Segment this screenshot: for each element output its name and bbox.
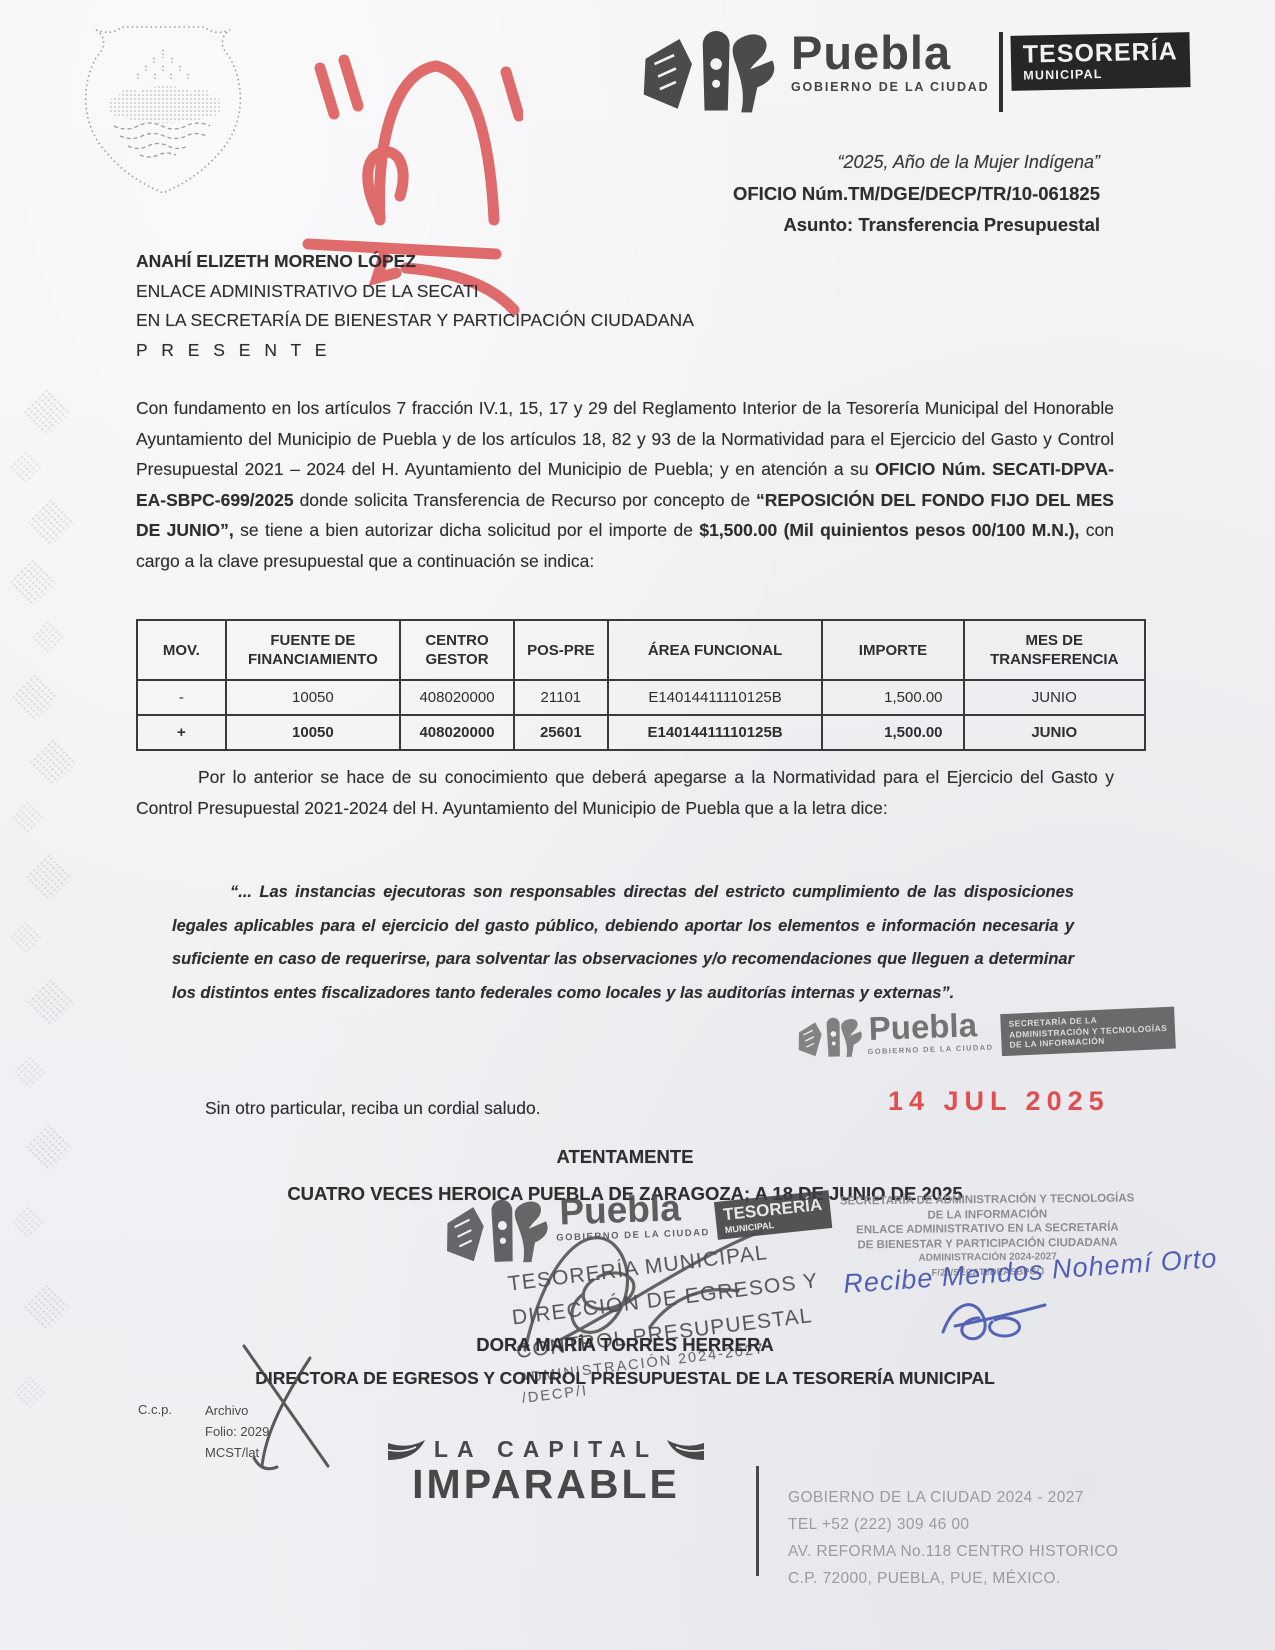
brand-wordmark: Puebla — [791, 30, 989, 76]
sati-brand: Puebla — [868, 1010, 993, 1044]
city-crest-watermark-icon — [66, 22, 261, 200]
p1-importe: $1,500.00 (Mil quinientos pesos 00/100 M… — [699, 520, 1079, 540]
tesoreria-badge: TESORERÍA MUNICIPAL — [1011, 32, 1191, 91]
body-paragraph-2: Por lo anterior se hace de su conocimien… — [136, 762, 1114, 823]
table-cell: JUNIO — [964, 680, 1145, 715]
table-cell: + — [137, 715, 226, 750]
scan-artifact — [23, 1283, 71, 1331]
recipient-line: EN LA SECRETARÍA DE BIENESTAR Y PARTICIP… — [136, 306, 694, 336]
table-header-cell: CENTRO GESTOR — [400, 620, 514, 680]
table-cell: 408020000 — [400, 680, 514, 715]
sati-stamp-badge: SECRETARÍA DE LA ADMINISTRACIÓN Y TECNOL… — [1000, 1007, 1176, 1056]
table-header-cell: MES DE TRANSFERENCIA — [964, 620, 1145, 680]
closing-line: Sin otro particular, reciba un cordial s… — [205, 1098, 541, 1119]
scan-artifact — [29, 738, 77, 786]
badge-line2: MUNICIPAL — [1024, 65, 1179, 82]
table-cell: 21101 — [514, 680, 608, 715]
scan-artifact — [23, 388, 71, 436]
scan-artifact — [31, 620, 65, 654]
scan-artifact — [9, 450, 43, 484]
table-header-cell: ÁREA FUNCIONAL — [608, 620, 823, 680]
ccp-label: C.c.p. — [138, 1402, 172, 1417]
normative-quote: “... Las instancias ejecutoras son respo… — [172, 876, 1074, 1010]
table-cell: 408020000 — [400, 715, 514, 750]
puebla-gov-logo: Puebla GOBIERNO DE LA CIUDAD TESORERÍA M… — [633, 28, 1190, 118]
recipient-name: ANAHÍ ELIZETH MORENO LÓPEZ — [136, 247, 694, 277]
date-received-stamp: 14 JUL 2025 — [888, 1086, 1110, 1117]
table-cell: 1,500.00 — [822, 715, 963, 750]
table-cell: 1,500.00 — [822, 680, 963, 715]
recipient-presente: P R E S E N T E — [136, 336, 694, 366]
badge-line1: TESORERÍA — [1023, 39, 1178, 67]
capital-line2: IMPARABLE — [378, 1463, 714, 1505]
table-cell: JUNIO — [964, 715, 1145, 750]
year-motto: “2025, Año de la Mujer Indígena” — [500, 152, 1100, 173]
scan-artifact — [11, 800, 45, 834]
table-header-cell: MOV. — [137, 620, 226, 680]
sati-stamp: Puebla GOBIERNO DE LA CIUDAD SECRETARÍA … — [792, 1003, 1175, 1062]
puebla-logo-icon — [633, 28, 785, 118]
table-header-row: MOV. FUENTE DE FINANCIAMIENTO CENTRO GES… — [137, 620, 1145, 680]
check-mark-scribble — [212, 1336, 357, 1481]
p1-text: donde solicita Transferencia de Recurso … — [294, 490, 756, 510]
scan-artifact — [11, 1205, 45, 1239]
scanned-letter-page: "A" Puebla GOBIERNO DE LA CIUDAD TESORER… — [0, 0, 1275, 1650]
puebla-brand-block: Puebla GOBIERNO DE LA CIUDAD — [791, 30, 989, 94]
table-cell: E14014411110125B — [608, 680, 823, 715]
table-cell: 10050 — [226, 680, 400, 715]
footer-divider — [756, 1466, 759, 1576]
footer-contact-line: C.P. 72000, PUEBLA, PUE, MÉXICO. — [788, 1565, 1118, 1592]
capital-row: LA CAPITAL — [378, 1436, 714, 1463]
sati-stamp-logo-icon — [792, 1014, 868, 1063]
scan-artifact — [11, 673, 59, 721]
footer-contact-line: AV. REFORMA No.118 CENTRO HISTORICO — [788, 1538, 1118, 1565]
atentamente-line: ATENTAMENTE — [136, 1146, 1114, 1168]
table-row: - 10050 408020000 21101 E14014411110125B… — [137, 680, 1145, 715]
capital-line1: LA CAPITAL — [434, 1436, 658, 1463]
scan-artifact — [13, 1375, 47, 1409]
sati-brand-block: Puebla GOBIERNO DE LA CIUDAD — [866, 1010, 993, 1056]
brand-subtitle: GOBIERNO DE LA CIUDAD — [791, 80, 989, 94]
scan-artifact — [27, 498, 75, 546]
table-cell: 10050 — [226, 715, 400, 750]
scan-artifact — [9, 558, 57, 606]
scan-artifact — [13, 1055, 47, 1089]
footer-contact-line: GOBIERNO DE LA CIUDAD 2024 - 2027 — [788, 1484, 1118, 1511]
logo-divider — [999, 32, 1003, 112]
table-row: + 10050 408020000 25601 E14014411110125B… — [137, 715, 1145, 750]
scan-artifact — [25, 853, 73, 901]
table-header-cell: FUENTE DE FINANCIAMIENTO — [226, 620, 400, 680]
budget-table: MOV. FUENTE DE FINANCIAMIENTO CENTRO GES… — [136, 619, 1146, 751]
asunto-line: Asunto: Transferencia Presupuestal — [500, 214, 1100, 236]
table-header-cell: POS-PRE — [514, 620, 608, 680]
table-header-cell: IMPORTE — [822, 620, 963, 680]
wing-left-icon — [386, 1438, 426, 1462]
scan-artifact — [9, 920, 43, 954]
footer-contact-line: TEL +52 (222) 309 46 00 — [788, 1511, 1118, 1538]
recipient-line: ENLACE ADMINISTRATIVO DE LA SECATI — [136, 277, 694, 307]
p1-text: se tiene a bien autorizar dicha solicitu… — [234, 520, 700, 540]
table-cell: 25601 — [514, 715, 608, 750]
oficio-number: OFICIO Núm.TM/DGE/DECP/TR/10-061825 — [500, 183, 1100, 205]
recipient-block: ANAHÍ ELIZETH MORENO LÓPEZ ENLACE ADMINI… — [136, 247, 694, 365]
wing-right-icon — [666, 1438, 706, 1462]
scan-artifact — [25, 1123, 73, 1171]
table-cell: - — [137, 680, 226, 715]
scan-artifact — [27, 978, 75, 1026]
table-cell: E14014411110125B — [608, 715, 823, 750]
capital-imparable-logo: LA CAPITAL IMPARABLE — [378, 1436, 714, 1505]
footer-contact-block: GOBIERNO DE LA CIUDAD 2024 - 2027 TEL +5… — [788, 1484, 1118, 1592]
body-paragraph-1: Con fundamento en los artículos 7 fracci… — [136, 393, 1114, 576]
